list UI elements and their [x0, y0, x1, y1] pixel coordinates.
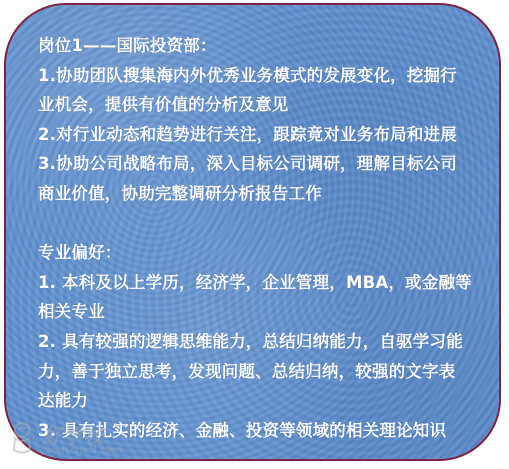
preference-line: 3. 具有扎实的经济、金融、投资等领域的相关理论知识 — [38, 416, 479, 446]
card-content: 岗位1——国际投资部： 1.协助团队搜集海内外优秀业务模式的发展变化，挖掘行 业… — [38, 31, 479, 445]
preference-line: 相关专业 — [38, 297, 479, 327]
preference-line: 力，善于独立思考，发现问题、总结归纳，较强的文字表 — [38, 357, 479, 387]
preference-line: 1. 本科及以上学历，经济学，企业管理，MBA，或金融等 — [38, 268, 479, 298]
duty-line: 3.协助公司战略布局，深入目标公司调研，理解目标公司 — [38, 149, 479, 179]
duty-line: 商业价值，协助完整调研分析报告工作 — [38, 179, 479, 209]
duty-line: 2.对行业动态和趋势进行关注，跟踪竟对业务布局和进展 — [38, 120, 479, 150]
preference-line: 达能力 — [38, 386, 479, 416]
spacer — [38, 209, 479, 239]
image-canvas: 岗位1——国际投资部： 1.协助团队搜集海内外优秀业务模式的发展变化，挖掘行 业… — [0, 0, 509, 469]
section-title-preferences: 专业偏好： — [38, 238, 479, 268]
duty-line: 业机会，提供有价值的分析及意见 — [38, 90, 479, 120]
job-description-card: 岗位1——国际投资部： 1.协助团队搜集海内外优秀业务模式的发展变化，挖掘行 业… — [4, 3, 501, 461]
section-title-position: 岗位1——国际投资部： — [38, 31, 479, 61]
preference-line: 2. 具有较强的逻辑思维能力，总结归纳能力，自驱学习能 — [38, 327, 479, 357]
duty-line: 1.协助团队搜集海内外优秀业务模式的发展变化，挖掘行 — [38, 61, 479, 91]
